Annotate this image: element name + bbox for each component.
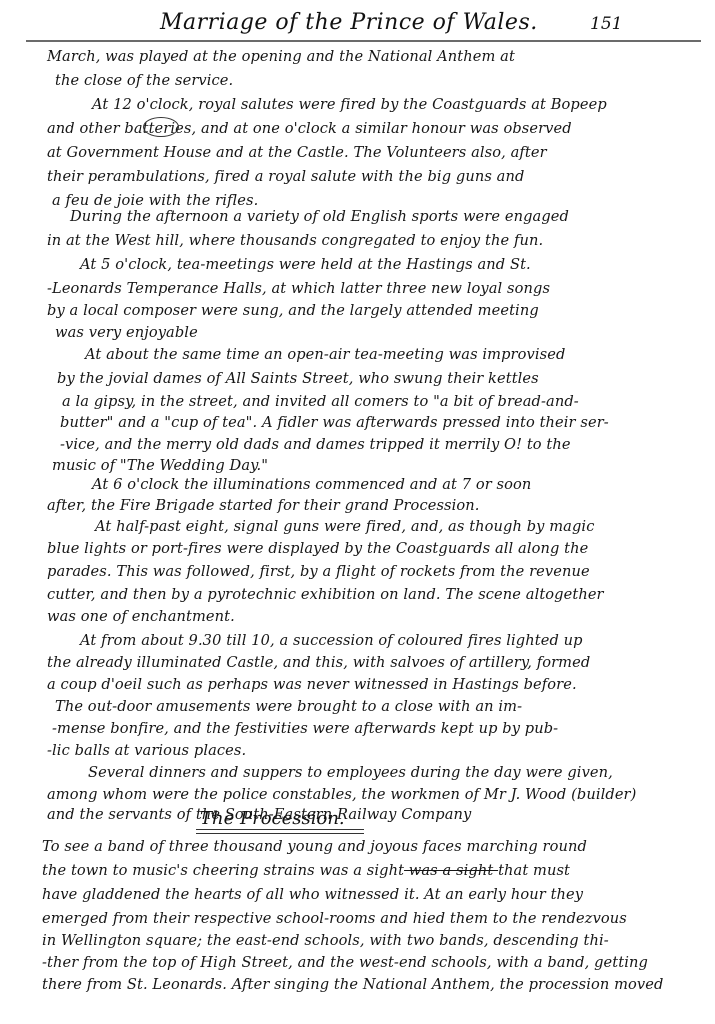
- page-header: Marriage of the Prince of Wales. 151: [0, 4, 715, 42]
- text-line: -mense bonfire, and the festivities were…: [52, 720, 558, 737]
- text-line: The out-door amusements were brought to …: [55, 698, 522, 715]
- text-line: parades. This was followed, first, by a …: [47, 563, 590, 580]
- text-line: music of "The Wedding Day.": [52, 457, 268, 474]
- text-line: at Government House and at the Castle. T…: [47, 144, 547, 161]
- text-line: the close of the service.: [55, 72, 233, 89]
- text-line: blue lights or port-fires were displayed…: [47, 540, 588, 557]
- text-line: At from about 9.30 till 10, a succession…: [80, 632, 583, 649]
- text-line: by a local composer were sung, and the l…: [47, 302, 539, 319]
- text-line: At half-past eight, signal guns were fir…: [95, 518, 594, 535]
- text-line: a feu de joie with the rifles.: [52, 192, 258, 209]
- text-line: emerged from their respective school-roo…: [42, 910, 627, 927]
- text-line: a la gipsy, in the street, and invited a…: [62, 393, 579, 410]
- text-line: by the jovial dames of All Saints Street…: [57, 370, 539, 387]
- struck-text: was a sight: [404, 862, 498, 879]
- text-line: At 6 o'clock the illuminations commenced…: [92, 476, 531, 493]
- page-title: Marriage of the Prince of Wales.: [160, 10, 538, 35]
- text-line: after, the Fire Brigade started for thei…: [47, 497, 480, 514]
- manuscript-page: Marriage of the Prince of Wales. 151 Mar…: [0, 0, 715, 1024]
- text-line: -ther from the top of High Street, and t…: [42, 954, 648, 971]
- text-line: the town to music's cheering strains was…: [42, 862, 570, 879]
- text-line: -Leonards Temperance Halls, at which lat…: [47, 280, 550, 297]
- text-line: March, was played at the opening and the…: [47, 48, 515, 65]
- text-line: the already illuminated Castle, and this…: [47, 654, 590, 671]
- text-line: At 5 o'clock, tea-meetings were held at …: [80, 256, 531, 273]
- text-line: At about the same time an open-air tea-m…: [85, 346, 565, 363]
- text-line: have gladdened the hearts of all who wit…: [42, 886, 583, 903]
- text-line: in at the West hill, where thousands con…: [47, 232, 543, 249]
- circled-word-annotation: [143, 117, 179, 137]
- header-rule: [26, 40, 701, 42]
- text-line: cutter, and then by a pyrotechnic exhibi…: [47, 586, 604, 603]
- heading-underline: [196, 829, 364, 834]
- text-line: and other batteries, and at one o'clock …: [47, 120, 572, 137]
- text-line: To see a band of three thousand young an…: [42, 838, 587, 855]
- text-line: a coup d'oeil such as perhaps was never …: [47, 676, 577, 693]
- text-line: -lic balls at various places.: [47, 742, 246, 759]
- page-number: 151: [590, 14, 622, 34]
- text-line: At 12 o'clock, royal salutes were fired …: [92, 96, 607, 113]
- text-line: During the afternoon a variety of old En…: [70, 208, 569, 225]
- text-line: there from St. Leonards. After singing t…: [42, 976, 663, 993]
- text-line: butter" and a "cup of tea". A fidler was…: [60, 414, 609, 431]
- text-line: among whom were the police constables, t…: [47, 786, 636, 803]
- text-line: their perambulations, fired a royal salu…: [47, 168, 524, 185]
- text-line: in Wellington square; the east-end schoo…: [42, 932, 609, 949]
- text-line: was one of enchantment.: [47, 608, 235, 625]
- text-line: Several dinners and suppers to employees…: [88, 764, 613, 781]
- section-heading: The Procession.: [200, 808, 345, 829]
- text-line: was very enjoyable: [55, 324, 198, 341]
- text-line: -vice, and the merry old dads and dames …: [60, 436, 571, 453]
